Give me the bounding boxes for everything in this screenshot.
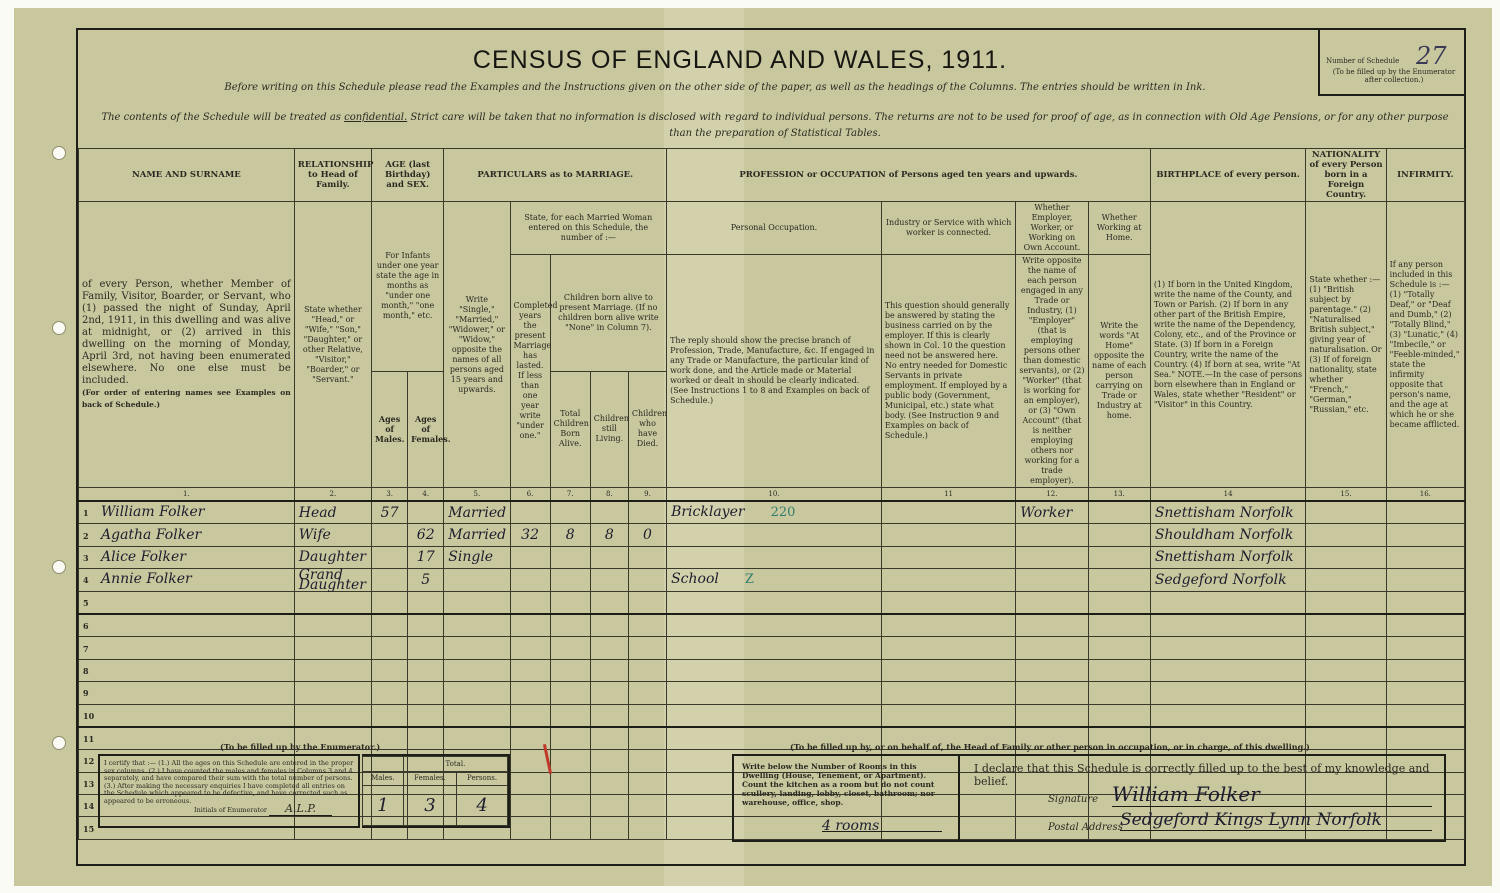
females-label: Females. <box>403 771 456 786</box>
infirmity-cell[interactable] <box>1386 614 1464 637</box>
col-header-age: AGE (last Birthday) and SEX. <box>372 149 444 202</box>
children-died-cell[interactable]: 0 <box>628 524 666 546</box>
children-living: 8 <box>605 527 614 543</box>
name-instructions: of every Person, whether Member of Famil… <box>79 202 295 488</box>
industry-cell[interactable] <box>881 524 1015 546</box>
industry-cell[interactable] <box>881 659 1015 681</box>
person-name: Agatha Folker <box>101 527 201 543</box>
age-female-cell[interactable] <box>408 704 444 727</box>
home-instructions: Write the words "At Home" opposite the n… <box>1088 255 1150 488</box>
punch-hole <box>52 736 66 750</box>
infirmity-cell[interactable] <box>1386 546 1464 568</box>
working-at-home-cell[interactable] <box>1088 591 1150 614</box>
col-number: 1. <box>79 488 295 502</box>
children-died-cell[interactable] <box>628 569 666 591</box>
relationship-cell[interactable]: Daughter <box>294 546 371 568</box>
schedule-number-value[interactable]: 27 <box>1416 42 1447 70</box>
infirmity-cell[interactable] <box>1386 659 1464 681</box>
marital-condition-cell[interactable] <box>444 637 510 659</box>
row-number: 1 <box>83 508 101 518</box>
age-female-cell[interactable] <box>408 727 444 750</box>
marriage-years-cell[interactable] <box>510 682 550 704</box>
age-male-cell[interactable] <box>372 524 408 546</box>
enumerator-initials[interactable]: A.L.P. <box>269 802 332 816</box>
children-died-cell[interactable] <box>628 501 666 524</box>
working-at-home-cell[interactable] <box>1088 659 1150 681</box>
col-number: 13. <box>1088 488 1150 502</box>
rooms-instruction: Write below the Number of Rooms in this … <box>742 762 935 807</box>
working-at-home-cell[interactable] <box>1088 546 1150 568</box>
infirmity-cell[interactable] <box>1386 704 1464 727</box>
col-number: 10. <box>667 488 882 502</box>
relationship-cell[interactable] <box>294 637 371 659</box>
age-female-cell[interactable] <box>408 591 444 614</box>
row-number: 11 <box>83 734 101 744</box>
birthplace: Snettisham Norfolk <box>1155 549 1294 565</box>
birthplace: Shouldham Norfolk <box>1155 527 1294 543</box>
col-header-birthplace: BIRTHPLACE of every person. <box>1150 149 1306 202</box>
children-died-cell[interactable] <box>628 591 666 614</box>
nationality-cell[interactable] <box>1306 546 1386 568</box>
schedule-number-note: (To be filled up by the Enumerator after… <box>1324 68 1464 84</box>
birthplace-cell[interactable] <box>1150 591 1306 614</box>
industry-cell[interactable] <box>881 682 1015 704</box>
marital-condition-cell[interactable]: Married <box>444 524 510 546</box>
census-table: NAME AND SURNAME RELATIONSHIP to Head of… <box>78 148 1465 840</box>
person-name-cell[interactable]: 3Alice Folker <box>79 546 295 568</box>
col-header-nationality: NATIONALITY of every Person born in a Fo… <box>1306 149 1386 202</box>
employment-status-cell[interactable] <box>1016 569 1088 591</box>
marriage-years-cell[interactable] <box>510 659 550 681</box>
schedule-number-box: Number of Schedule 27 (To be filled up b… <box>1318 28 1466 96</box>
nationality-cell[interactable] <box>1306 524 1386 546</box>
children-living-cell[interactable] <box>590 772 628 794</box>
ink-instruction: Before writing on this Schedule please r… <box>150 82 1280 93</box>
industry-cell[interactable] <box>881 546 1015 568</box>
address-label: Postal Address <box>1048 822 1123 833</box>
marriage-years-cell[interactable] <box>510 704 550 727</box>
col-number: 4. <box>408 488 444 502</box>
relationship-instructions: State whether "Head," or "Wife," "Son," … <box>294 202 371 488</box>
children-born-cell[interactable] <box>550 501 590 524</box>
employment-status-cell[interactable] <box>1016 591 1088 614</box>
table-row: 6 <box>79 614 1465 637</box>
children-died-cell[interactable] <box>628 637 666 659</box>
col-number: 6. <box>510 488 550 502</box>
children-living-cell[interactable] <box>590 727 628 750</box>
working-at-home-cell[interactable] <box>1088 501 1150 524</box>
marriage-years-cell[interactable]: 32 <box>510 524 550 546</box>
home-header: Whether Working at Home. <box>1088 202 1150 255</box>
children-born-cell[interactable] <box>550 817 590 839</box>
children-living-cell[interactable] <box>590 614 628 637</box>
marital-condition-cell[interactable] <box>444 659 510 681</box>
relationship: Grand Daughter <box>299 567 366 593</box>
children-died-cell[interactable] <box>628 795 666 817</box>
personal-occupation-cell[interactable] <box>667 614 882 637</box>
nationality-cell[interactable] <box>1306 501 1386 524</box>
children-born-cell[interactable] <box>550 727 590 750</box>
head-section-title: (To be filled up by, or on behalf of, th… <box>790 742 1310 752</box>
enumerator-section-title: (To be filled up by the Enumerator.) <box>220 742 380 752</box>
marital-condition-cell[interactable] <box>444 614 510 637</box>
rooms-box: Write below the Number of Rooms in this … <box>732 754 960 842</box>
row-number: 10 <box>83 711 101 721</box>
row-number: 8 <box>83 666 101 676</box>
children-born-cell[interactable] <box>550 637 590 659</box>
punch-hole <box>52 321 66 335</box>
row-number: 7 <box>83 644 101 654</box>
total-males[interactable]: 1 <box>363 786 404 826</box>
children-died: 0 <box>643 527 652 543</box>
children-born-header: Total Children Born Alive. <box>550 371 590 488</box>
nationality-cell[interactable] <box>1306 569 1386 591</box>
industry-cell[interactable] <box>881 591 1015 614</box>
birthplace-cell[interactable]: Snettisham Norfolk <box>1150 501 1306 524</box>
children-living-cell[interactable] <box>590 817 628 839</box>
children-died-cell[interactable] <box>628 659 666 681</box>
birthplace-cell[interactable]: Sedgeford Norfolk <box>1150 569 1306 591</box>
person-name-cell[interactable]: 8 <box>79 659 295 681</box>
declaration-box: I declare that this Schedule is correctl… <box>958 754 1446 842</box>
col-number: 14 <box>1150 488 1306 502</box>
children-born-cell[interactable] <box>550 750 590 772</box>
age-female-cell[interactable] <box>408 637 444 659</box>
name-note: (For order of entering names see Example… <box>82 388 291 409</box>
industry-instructions: This question should generally be answer… <box>881 255 1015 488</box>
children-born-cell[interactable] <box>550 569 590 591</box>
children-living-cell[interactable] <box>590 546 628 568</box>
marital-condition: Married <box>448 527 506 543</box>
nationality-cell[interactable] <box>1306 591 1386 614</box>
marital-condition: Married <box>448 505 506 521</box>
person-name-cell[interactable]: 7 <box>79 637 295 659</box>
nationality-cell[interactable] <box>1306 727 1386 750</box>
col-header-relationship: RELATIONSHIP to Head of Family. <box>294 149 371 202</box>
working-at-home-cell[interactable] <box>1088 637 1150 659</box>
marriage-years-cell[interactable] <box>510 772 550 794</box>
industry-cell[interactable] <box>881 637 1015 659</box>
personal-occupation-cell[interactable] <box>667 704 882 727</box>
birthplace-cell[interactable] <box>1150 614 1306 637</box>
working-at-home-cell[interactable] <box>1088 682 1150 704</box>
employment-status-cell[interactable] <box>1016 637 1088 659</box>
table-row: 4Annie FolkerGrand Daughter5SchoolZSedge… <box>79 569 1465 591</box>
children-living-cell[interactable]: 8 <box>590 524 628 546</box>
children-born-cell[interactable] <box>550 614 590 637</box>
children-born-cell[interactable] <box>550 682 590 704</box>
age-male-cell[interactable] <box>372 591 408 614</box>
table-row: 5 <box>79 591 1465 614</box>
confidential-post: Strict care will be taken that no inform… <box>410 112 1448 139</box>
marital-condition-cell[interactable] <box>444 704 510 727</box>
confidential-word: confidential. <box>344 112 407 123</box>
table-row: 9 <box>79 682 1465 704</box>
relationship-cell[interactable] <box>294 659 371 681</box>
birthplace-cell[interactable] <box>1150 637 1306 659</box>
children-living-cell[interactable] <box>590 501 628 524</box>
children-died-cell[interactable] <box>628 727 666 750</box>
personal-occupation-cell[interactable] <box>667 682 882 704</box>
children-born-cell[interactable] <box>550 659 590 681</box>
col-header-infirmity: INFIRMITY. <box>1386 149 1464 202</box>
birthplace: Snettisham Norfolk <box>1155 505 1294 521</box>
working-at-home-cell[interactable] <box>1088 524 1150 546</box>
person-name: Alice Folker <box>101 549 186 565</box>
personal-occupation: School <box>671 571 719 587</box>
marriage-years-cell[interactable] <box>510 591 550 614</box>
employer-header: Whether Employer, Worker, or Working on … <box>1016 202 1088 255</box>
persons-label: Persons. <box>457 771 508 786</box>
table-row: 10 <box>79 704 1465 727</box>
nationality-cell[interactable] <box>1306 659 1386 681</box>
relationship-cell[interactable]: Wife <box>294 524 371 546</box>
nationality-cell[interactable] <box>1306 704 1386 727</box>
personal-occupation-cell[interactable] <box>667 591 882 614</box>
age-male-cell[interactable] <box>372 546 408 568</box>
infirmity-cell[interactable] <box>1386 682 1464 704</box>
nationality-cell[interactable] <box>1306 614 1386 637</box>
row-number: 5 <box>83 598 101 608</box>
children-died-cell[interactable] <box>628 682 666 704</box>
relationship-cell[interactable] <box>294 704 371 727</box>
children-born-cell[interactable] <box>550 772 590 794</box>
person-name: Annie Folker <box>101 571 192 587</box>
children-born-cell[interactable] <box>550 795 590 817</box>
industry-cell[interactable] <box>881 614 1015 637</box>
marriage-years: 32 <box>521 527 539 543</box>
marriage-years-cell[interactable] <box>510 795 550 817</box>
children-died-cell[interactable] <box>628 750 666 772</box>
age-female: 62 <box>417 527 435 543</box>
age-female-cell[interactable] <box>408 614 444 637</box>
children-living-cell[interactable] <box>590 637 628 659</box>
children-died-cell[interactable] <box>628 546 666 568</box>
person-name-cell[interactable]: 2Agatha Folker <box>79 524 295 546</box>
males-label: Males. <box>363 771 404 786</box>
personal-occupation-cell[interactable]: SchoolZ <box>667 569 882 591</box>
col-number: 12. <box>1016 488 1088 502</box>
infirmity-cell[interactable] <box>1386 727 1464 750</box>
signature-field[interactable]: William Folker <box>1112 782 1432 807</box>
birthplace-cell[interactable] <box>1150 682 1306 704</box>
children-born-cell[interactable] <box>550 546 590 568</box>
marriage-years-cell[interactable] <box>510 569 550 591</box>
marital-condition-cell[interactable] <box>444 591 510 614</box>
birthplace-cell[interactable]: Snettisham Norfolk <box>1150 546 1306 568</box>
relationship-cell[interactable]: Grand Daughter <box>294 569 371 591</box>
col-header-name: NAME AND SURNAME <box>79 149 295 202</box>
page-title: CENSUS OF ENGLAND AND WALES, 1911. <box>430 46 1050 75</box>
birthplace-cell[interactable] <box>1150 704 1306 727</box>
punch-hole <box>52 146 66 160</box>
marital-condition-cell[interactable] <box>444 682 510 704</box>
infirmity-cell[interactable] <box>1386 501 1464 524</box>
age-male-cell[interactable] <box>372 637 408 659</box>
col-number: 8. <box>590 488 628 502</box>
person-name-cell[interactable]: 4Annie Folker <box>79 569 295 591</box>
personal-occupation-cell[interactable] <box>667 524 882 546</box>
relationship-cell[interactable] <box>294 614 371 637</box>
marital-condition-cell[interactable]: Single <box>444 546 510 568</box>
total-persons[interactable]: 4 <box>457 786 508 826</box>
employer-instructions: Write opposite the name of each person e… <box>1016 255 1088 488</box>
row-number: 2 <box>83 531 101 541</box>
personal-occupation-header: Personal Occupation. <box>667 202 882 255</box>
children-born: 8 <box>566 527 575 543</box>
birthplace-instructions: (1) If born in the United Kingdom, write… <box>1150 202 1306 488</box>
relationship: Daughter <box>299 549 366 565</box>
age-male-cell[interactable] <box>372 614 408 637</box>
marital-condition-cell[interactable] <box>444 727 510 750</box>
infirmity-cell[interactable] <box>1386 591 1464 614</box>
working-at-home-cell[interactable] <box>1088 704 1150 727</box>
col-number: 2. <box>294 488 371 502</box>
children-living-cell[interactable] <box>590 682 628 704</box>
children-living-cell[interactable] <box>590 750 628 772</box>
totals-box: Total. Males. Females. Persons. 1 3 4 <box>362 754 510 828</box>
employment-status-cell[interactable] <box>1016 682 1088 704</box>
total-label: Total. <box>403 757 507 772</box>
age-male-cell[interactable] <box>372 569 408 591</box>
birthplace-cell[interactable]: Shouldham Norfolk <box>1150 524 1306 546</box>
total-females[interactable]: 3 <box>403 786 456 826</box>
employment-status-cell[interactable] <box>1016 659 1088 681</box>
employment-status: Worker <box>1020 505 1072 521</box>
relationship-cell[interactable] <box>294 682 371 704</box>
age-female-cell[interactable]: 17 <box>408 546 444 568</box>
married-woman-instructions: State, for each Married Woman entered on… <box>510 202 667 255</box>
condition-instructions: Write "Single," "Married," "Widower," or… <box>444 202 510 488</box>
table-row: 8 <box>79 659 1465 681</box>
children-living-cell[interactable] <box>590 795 628 817</box>
relationship-cell[interactable] <box>294 591 371 614</box>
punch-hole <box>52 560 66 574</box>
personal-occupation-cell[interactable] <box>667 546 882 568</box>
age-male-cell[interactable] <box>372 704 408 727</box>
children-died-cell[interactable] <box>628 817 666 839</box>
infirmity-instructions: If any person included in this Schedule … <box>1386 202 1464 488</box>
children-born-cell[interactable]: 8 <box>550 524 590 546</box>
marital-condition-cell[interactable] <box>444 569 510 591</box>
row-number: 4 <box>83 575 101 585</box>
age-male-cell[interactable] <box>372 659 408 681</box>
children-living-cell[interactable] <box>590 569 628 591</box>
children-living-header: Children still Living. <box>590 371 628 488</box>
person-name-cell[interactable]: 10 <box>79 704 295 727</box>
age-female-cell[interactable]: 5 <box>408 569 444 591</box>
age-male-cell[interactable]: 57 <box>372 501 408 524</box>
table-row: 2Agatha FolkerWife62Married32880Shouldha… <box>79 524 1465 546</box>
industry-cell[interactable] <box>881 501 1015 524</box>
age-instructions: For Infants under one year state the age… <box>372 202 444 372</box>
marriage-years-cell[interactable] <box>510 546 550 568</box>
age-female: 5 <box>421 572 430 588</box>
name-desc: of every Person, whether Member of Famil… <box>82 279 291 386</box>
person-name-cell[interactable]: 9 <box>79 682 295 704</box>
age-male-cell[interactable] <box>372 682 408 704</box>
age-female: 17 <box>417 549 435 565</box>
confidential-pre: The contents of the Schedule will be tre… <box>101 112 341 123</box>
table-row: 3Alice FolkerDaughter17SingleSnettisham … <box>79 546 1465 568</box>
col-number: 16. <box>1386 488 1464 502</box>
certification-text: I certify that :— (1.) All the ages on t… <box>104 759 353 805</box>
marriage-years-cell[interactable] <box>510 501 550 524</box>
relationship: Head <box>299 505 337 521</box>
col-number: 15. <box>1306 488 1386 502</box>
table-row: 1William FolkerHead57MarriedBricklayer22… <box>79 501 1465 524</box>
children-died-cell[interactable] <box>628 614 666 637</box>
employment-status-cell[interactable] <box>1016 546 1088 568</box>
relationship-cell[interactable]: Head <box>294 501 371 524</box>
person-name-cell[interactable]: 6 <box>79 614 295 637</box>
rooms-value[interactable]: 4 rooms <box>822 822 942 832</box>
infirmity-cell[interactable] <box>1386 637 1464 659</box>
col-header-marriage: PARTICULARS as to MARRIAGE. <box>444 149 667 202</box>
ages-males-header: Ages of Males. <box>372 371 408 488</box>
personal-occupation-cell[interactable] <box>667 637 882 659</box>
age-female-cell[interactable] <box>408 682 444 704</box>
employment-status-cell[interactable] <box>1016 614 1088 637</box>
age-female-cell[interactable] <box>408 501 444 524</box>
working-at-home-cell[interactable] <box>1088 569 1150 591</box>
children-died-cell[interactable] <box>628 772 666 794</box>
age-female-cell[interactable] <box>408 659 444 681</box>
infirmity-cell[interactable] <box>1386 524 1464 546</box>
signature-label: Signature <box>1048 794 1098 805</box>
person-name-cell[interactable]: 5 <box>79 591 295 614</box>
working-at-home-cell[interactable] <box>1088 614 1150 637</box>
industry-cell[interactable] <box>881 704 1015 727</box>
confidentiality-notice: The contents of the Schedule will be tre… <box>90 110 1460 142</box>
industry-cell[interactable] <box>881 569 1015 591</box>
person-name-cell[interactable]: 1William Folker <box>79 501 295 524</box>
person-name: William Folker <box>101 504 204 520</box>
col-number: 5. <box>444 488 510 502</box>
ages-females-header: Ages of Females. <box>408 371 444 488</box>
personal-occupation-cell[interactable]: Bricklayer220 <box>667 501 882 524</box>
industry-header: Industry or Service with which worker is… <box>881 202 1015 255</box>
row-number: 9 <box>83 688 101 698</box>
employment-status-cell[interactable] <box>1016 524 1088 546</box>
children-living-cell[interactable] <box>590 659 628 681</box>
infirmity-cell[interactable] <box>1386 569 1464 591</box>
personal-occupation-cell[interactable] <box>667 659 882 681</box>
personal-occupation: Bricklayer <box>671 504 745 520</box>
postal-address-field[interactable]: Sedgeford Kings Lynn Norfolk <box>1120 810 1432 831</box>
age-female-cell[interactable]: 62 <box>408 524 444 546</box>
children-born-cell[interactable] <box>550 704 590 727</box>
children-born-cell[interactable] <box>550 591 590 614</box>
children-died-cell[interactable] <box>628 704 666 727</box>
children-living-cell[interactable] <box>590 704 628 727</box>
col-number: 3. <box>372 488 408 502</box>
children-instructions: Children born alive to present Marriage.… <box>550 255 666 372</box>
marriage-years-cell[interactable] <box>510 817 550 839</box>
nationality-cell[interactable] <box>1306 682 1386 704</box>
marriage-years-cell[interactable] <box>510 614 550 637</box>
row-number: 3 <box>83 553 101 563</box>
nationality-cell[interactable] <box>1306 637 1386 659</box>
birthplace-cell[interactable] <box>1150 659 1306 681</box>
employment-status-cell[interactable] <box>1016 704 1088 727</box>
marital-condition-cell[interactable]: Married <box>444 501 510 524</box>
nationality-instructions: State whether :— (1) "British subject by… <box>1306 202 1386 488</box>
col-number: 11 <box>881 488 1015 502</box>
employment-status-cell[interactable]: Worker <box>1016 501 1088 524</box>
children-living-cell[interactable] <box>590 591 628 614</box>
marriage-years-cell[interactable] <box>510 637 550 659</box>
